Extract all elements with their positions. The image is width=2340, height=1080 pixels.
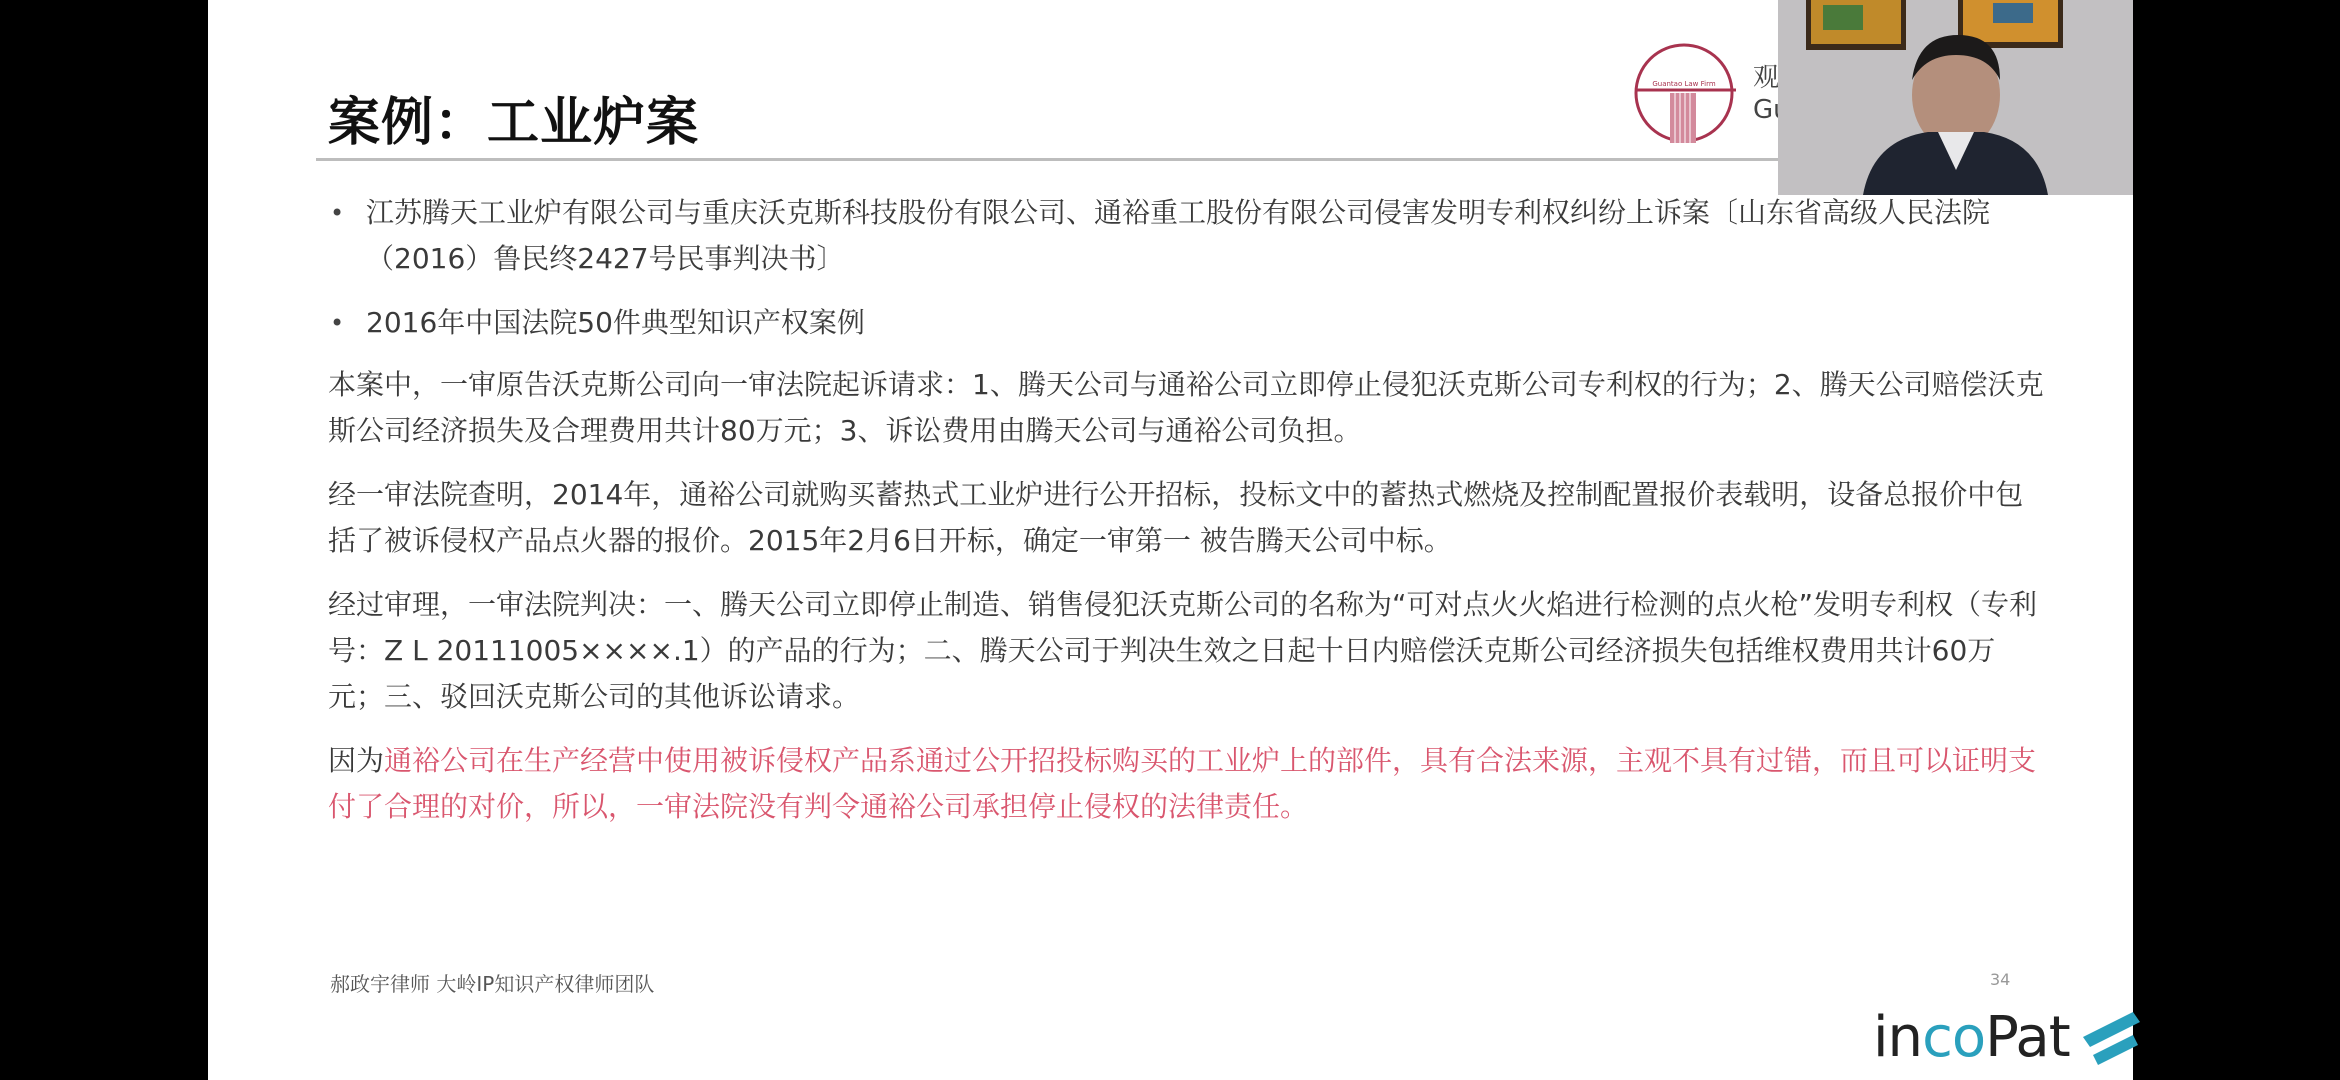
law-firm-emblem-icon: Guantao Law Firm xyxy=(1626,38,1746,148)
incopat-stripes-icon xyxy=(2078,1007,2143,1077)
incopat-logo-text: incoPat xyxy=(1873,1005,2070,1070)
law-firm-logo: Guantao Law Firm xyxy=(1626,38,1746,148)
bullet-case-name: 江苏腾天工业炉有限公司与重庆沃克斯科技股份有限公司、通裕重工股份有限公司侵害发明… xyxy=(328,190,2048,282)
paragraph-findings: 经一审法院查明，2014年，通裕公司就购买蓄热式工业炉进行公开招标，投标文中的蓄… xyxy=(328,472,2048,564)
paragraph-claims: 本案中，一审原告沃克斯公司向一审法院起诉请求：1、腾天公司与通裕公司立即停止侵犯… xyxy=(328,362,2048,454)
footer-author: 郝政宇律师 大岭IP知识产权律师团队 xyxy=(330,968,654,997)
svg-text:Guantao Law Firm: Guantao Law Firm xyxy=(1652,80,1715,88)
presenter-video-frame xyxy=(1778,0,2133,195)
paragraph-judgment: 经过审理，一审法院判决：一、腾天公司立即停止制造、销售侵犯沃克斯公司的名称为“可… xyxy=(328,582,2048,720)
page-number: 34 xyxy=(1990,970,2010,989)
slide-title: 案例：工业炉案 xyxy=(328,80,699,155)
bullet-case-list: 2016年中国法院50件典型知识产权案例 xyxy=(328,300,2048,346)
incopat-watermark: incoPat xyxy=(1873,1005,2143,1080)
presenter-webcam xyxy=(1778,0,2133,195)
slide-body: 江苏腾天工业炉有限公司与重庆沃克斯科技股份有限公司、通裕重工股份有限公司侵害发明… xyxy=(328,190,2048,830)
reasoning-prefix: 因为 xyxy=(328,744,384,777)
reasoning-highlight: 通裕公司在生产经营中使用被诉侵权产品系通过公开招投标购买的工业炉上的部件，具有合… xyxy=(328,744,2036,823)
paragraph-reasoning: 因为通裕公司在生产经营中使用被诉侵权产品系通过公开招投标购买的工业炉上的部件，具… xyxy=(328,738,2048,830)
